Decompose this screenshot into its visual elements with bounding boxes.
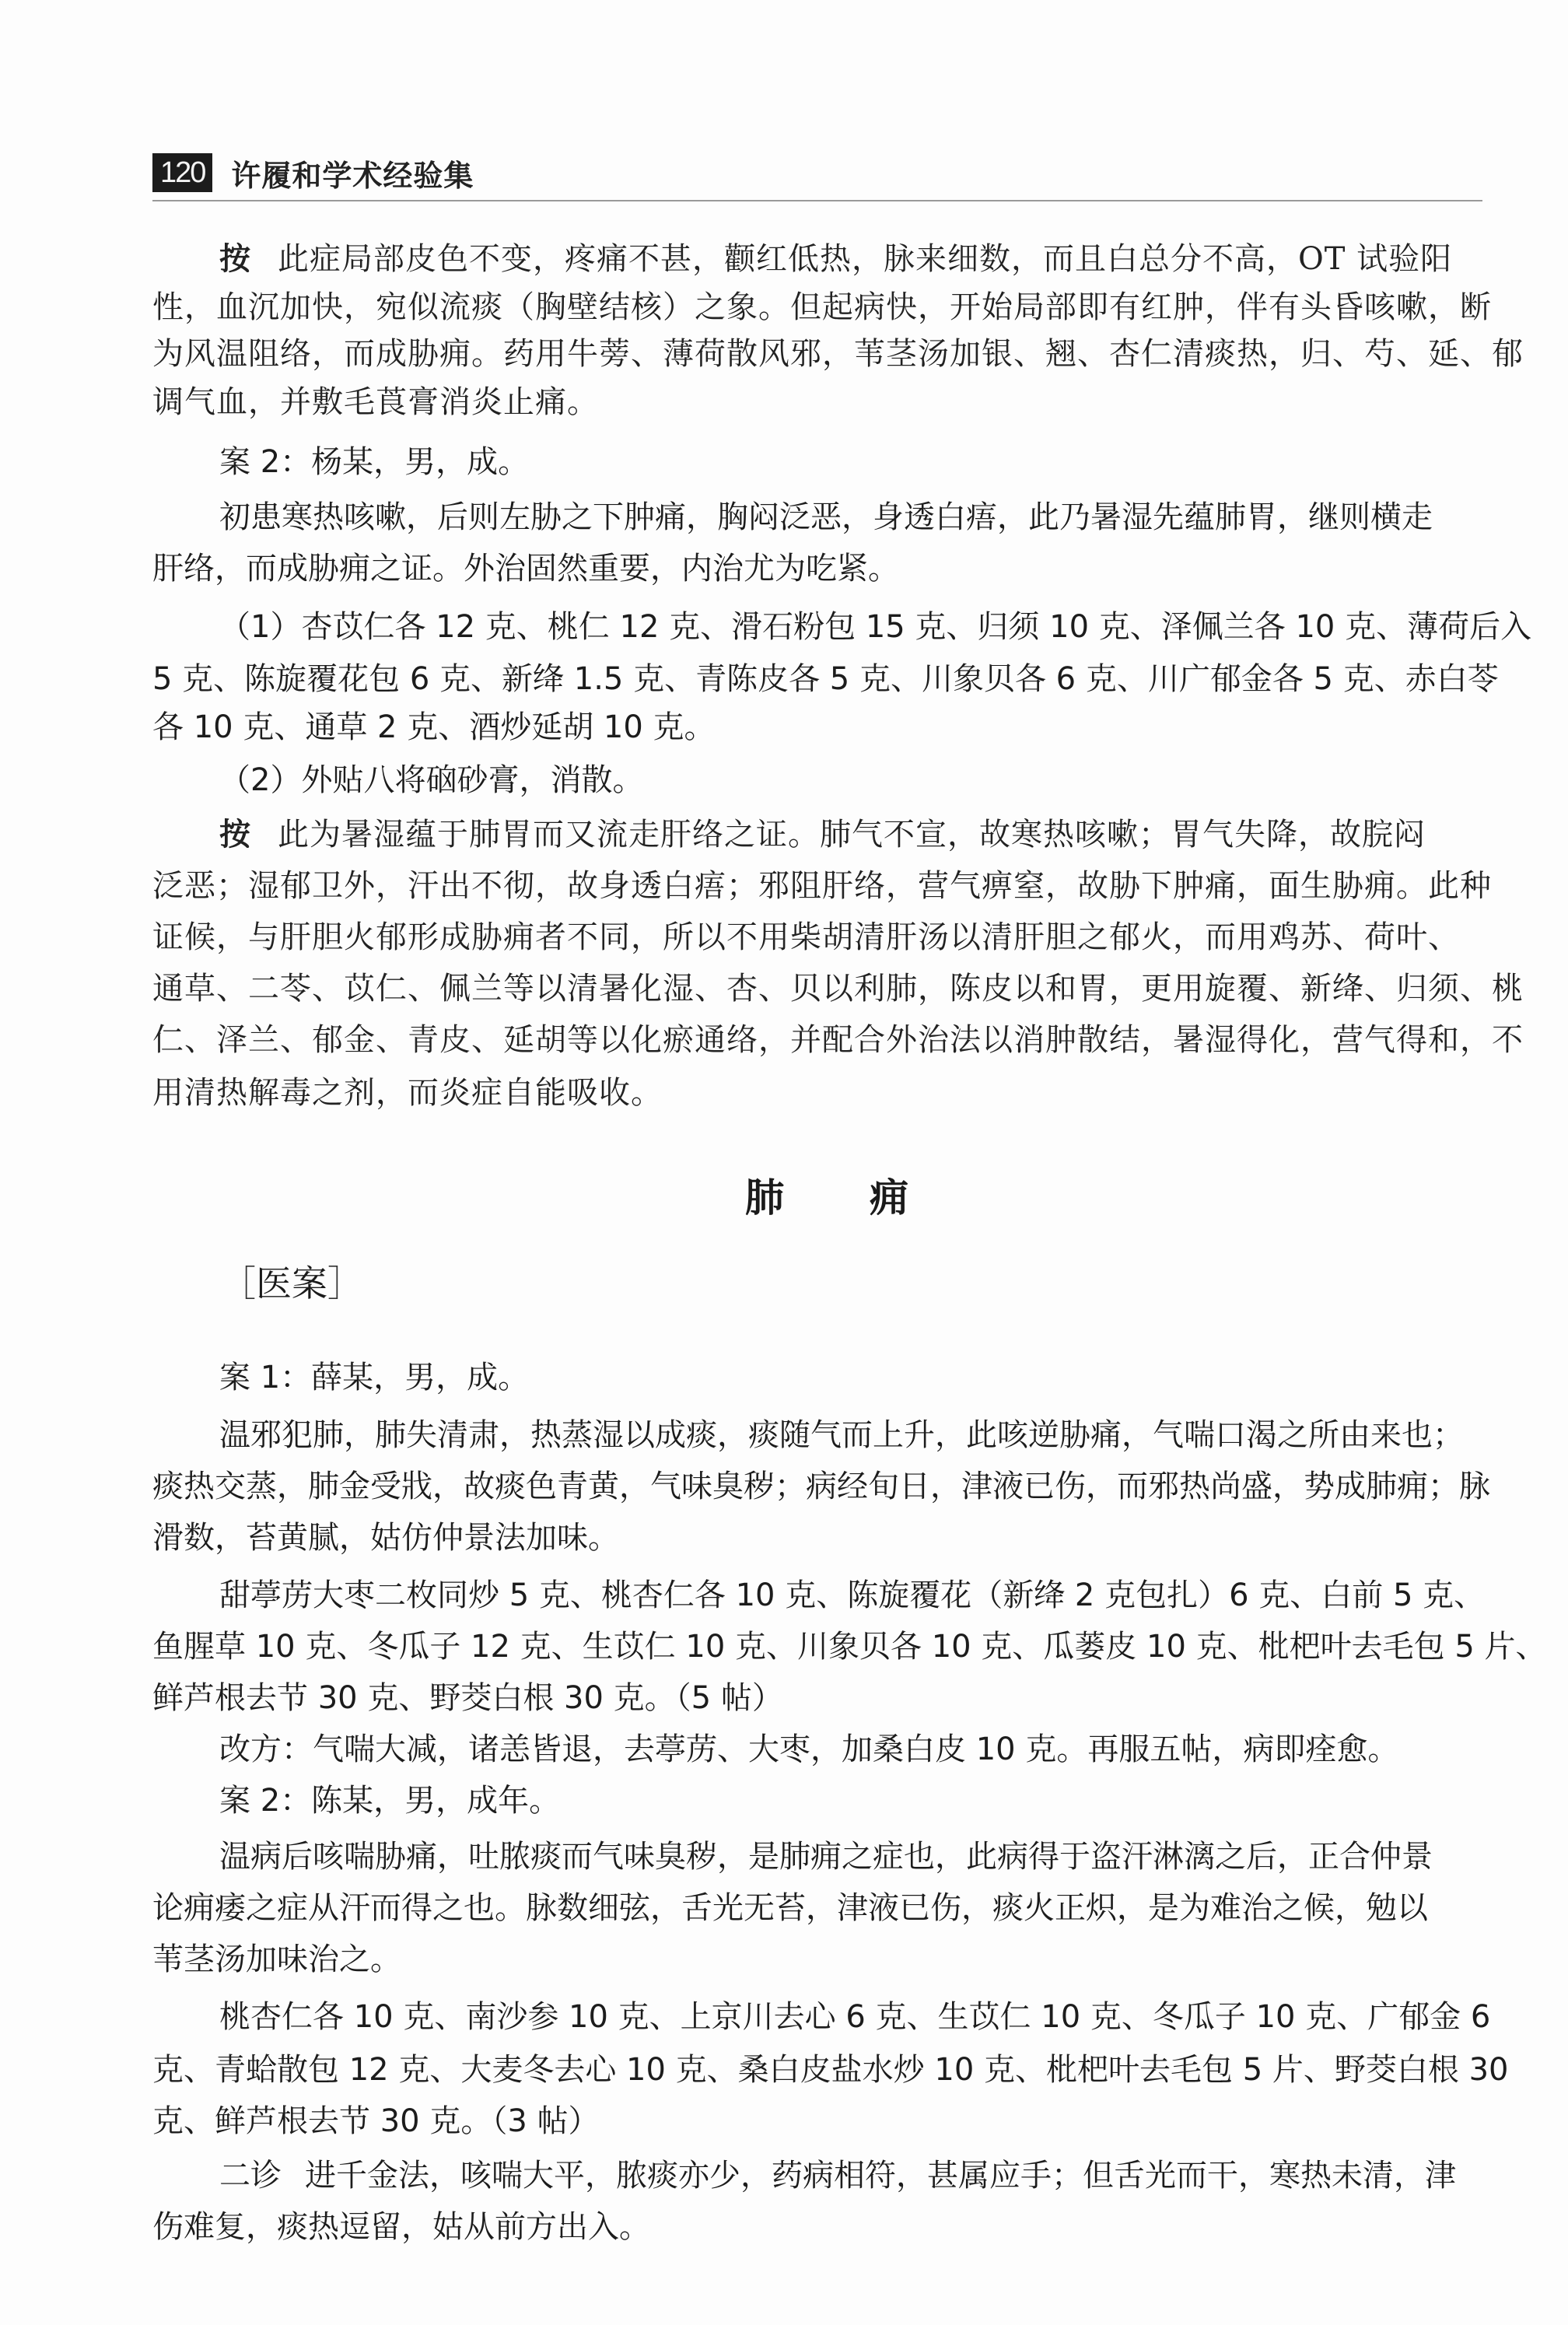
page-number: 120 — [152, 153, 212, 192]
note-paragraph-line: 调气血，并敷毛莨膏消炎止痛。 — [152, 378, 1482, 426]
case-description-line: 温邪犯肺，肺失清肃，热蒸湿以成痰，痰随气而上升，此咳逆胁痛，气喘口渴之所由来也； — [219, 1411, 1482, 1459]
case-title: 案 2：陈某，男，成年。 — [219, 1777, 1482, 1825]
note-lead: 按 — [219, 817, 251, 853]
case-description-line: 论痈痿之症从汗而得之也。脉数细弦，舌光无苔，津液已伤，痰火正炽，是为难治之候，勉… — [152, 1884, 1482, 1932]
note-paragraph-line: 证候，与肝胆火郁形成胁痈者不同，所以不用柴胡清肝汤以清肝胆之郁火，而用鸡苏、荷叶… — [152, 913, 1482, 961]
case-title: 案 1：薛某，男，成。 — [219, 1353, 1482, 1402]
prescription-line: （1）杏苡仁各 12 克、桃仁 12 克、滑石粉包 15 克、归须 10 克、泽… — [219, 603, 1482, 651]
modification-line: 改方：气喘大减，诸恙皆退，去葶苈、大枣，加桑白皮 10 克。再服五帖，病即痊愈。 — [219, 1725, 1482, 1774]
text-span: 此症局部皮色不变，疼痛不甚，颧红低热，脉来细数，而且白总分不高，OT 试验阳 — [278, 241, 1452, 277]
book-title: 许履和学术经验集 — [231, 152, 474, 194]
prescription-line: 鲜芦根去节 30 克、野茭白根 30 克。（5 帖） — [152, 1674, 1482, 1722]
case-description-line: 肝络，而成胁痈之证。外治固然重要，内治尤为吃紧。 — [152, 544, 1482, 593]
note-paragraph-line: 为风温阻络，而成胁痈。药用牛蒡、薄荷散风邪，苇茎汤加银、翘、杏仁清痰热，归、芍、… — [152, 330, 1482, 378]
subsection-label: 医案 — [256, 1262, 327, 1304]
note-paragraph-line: 性，血沉加快，宛似流痰（胸壁结核）之象。但起病快，开始局部即有红肿，伴有头昏咳嗽… — [152, 283, 1482, 331]
note-paragraph-line: 仁、泽兰、郁金、青皮、延胡等以化瘀通络，并配合外治法以消肿散结，暑湿得化，营气得… — [152, 1016, 1482, 1064]
text-span: 进千金法，咳喘大平，脓痰亦少，药病相符，甚属应手；但舌光而干，寒热未清，津 — [305, 2158, 1456, 2194]
bracket-close: ］ — [327, 1262, 363, 1304]
note-paragraph-line: 按此症局部皮色不变，疼痛不甚，颧红低热，脉来细数，而且白总分不高，OT 试验阳 — [219, 235, 1482, 283]
prescription-line: 鱼腥草 10 克、冬瓜子 12 克、生苡仁 10 克、川象贝各 10 克、瓜蒌皮… — [152, 1623, 1482, 1671]
header-rule — [152, 200, 1482, 201]
visit-line: 二诊进千金法，咳喘大平，脓痰亦少，药病相符，甚属应手；但舌光而干，寒热未清，津 — [219, 2152, 1482, 2200]
visit-line: 伤难复，痰热逗留，姑从前方出入。 — [152, 2203, 1482, 2251]
subsection-heading: ［医案］ — [220, 1260, 363, 1307]
prescription-line: 桃杏仁各 10 克、南沙参 10 克、上京川去心 6 克、生苡仁 10 克、冬瓜… — [219, 1993, 1482, 2041]
prescription-line: （2）外贴八将硇砂膏，消散。 — [219, 756, 1482, 804]
prescription-line: 克、鲜芦根去节 30 克。（3 帖） — [152, 2097, 1482, 2145]
note-paragraph-line: 用清热解毒之剂，而炎症自能吸收。 — [152, 1069, 1482, 1117]
case-description-line: 苇茎汤加味治之。 — [152, 1935, 1482, 1984]
bracket-open: ［ — [220, 1262, 256, 1304]
running-header: 120 许履和学术经验集 — [152, 153, 474, 192]
prescription-line: 克、青蛤散包 12 克、大麦冬去心 10 克、桑白皮盐水炒 10 克、枇杷叶去毛… — [152, 2046, 1482, 2094]
note-paragraph-line: 通草、二苓、苡仁、佩兰等以清暑化湿、杏、贝以利肺，陈皮以和胃，更用旋覆、新绛、归… — [152, 965, 1482, 1013]
prescription-line: 甜葶苈大枣二枚同炒 5 克、桃杏仁各 10 克、陈旋覆花（新绛 2 克包扎）6 … — [219, 1571, 1482, 1619]
text-span: 此为暑湿蕴于肺胃而又流走肝络之证。肺气不宣，故寒热咳嗽；胃气失降，故脘闷 — [278, 817, 1426, 853]
case-description-line: 痰热交蒸，肺金受戕，故痰色青黄，气味臭秽；病经旬日，津液已伤，而邪热尚盛，势成肺… — [152, 1462, 1482, 1511]
prescription-line: 5 克、陈旋覆花包 6 克、新绛 1.5 克、青陈皮各 5 克、川象贝各 6 克… — [152, 655, 1482, 703]
case-description-line: 温病后咳喘胁痛，吐脓痰而气味臭秽，是肺痈之症也，此病得于盗汗淋漓之后，正合仲景 — [219, 1833, 1482, 1881]
note-paragraph-line: 泛恶；湿郁卫外，汗出不彻，故身透白痦；邪阻肝络，营气痹窒，故胁下肿痛，面生胁痈。… — [152, 862, 1482, 910]
note-lead: 按 — [219, 241, 251, 277]
case-description-line: 初患寒热咳嗽，后则左胁之下肿痛，胸闷泛恶，身透白痦，此乃暑湿先蕴肺胃，继则横走 — [219, 493, 1482, 541]
case-title: 案 2：杨某，男，成。 — [219, 438, 1482, 486]
case-description-line: 滑数，苔黄腻，姑仿仲景法加味。 — [152, 1514, 1482, 1562]
section-title: 肺痈 — [0, 1167, 1568, 1223]
prescription-line: 各 10 克、通草 2 克、酒炒延胡 10 克。 — [152, 703, 1482, 751]
visit-lead: 二诊 — [219, 2158, 282, 2194]
note-paragraph-line: 按此为暑湿蕴于肺胃而又流走肝络之证。肺气不宣，故寒热咳嗽；胃气失降，故脘闷 — [219, 811, 1482, 859]
